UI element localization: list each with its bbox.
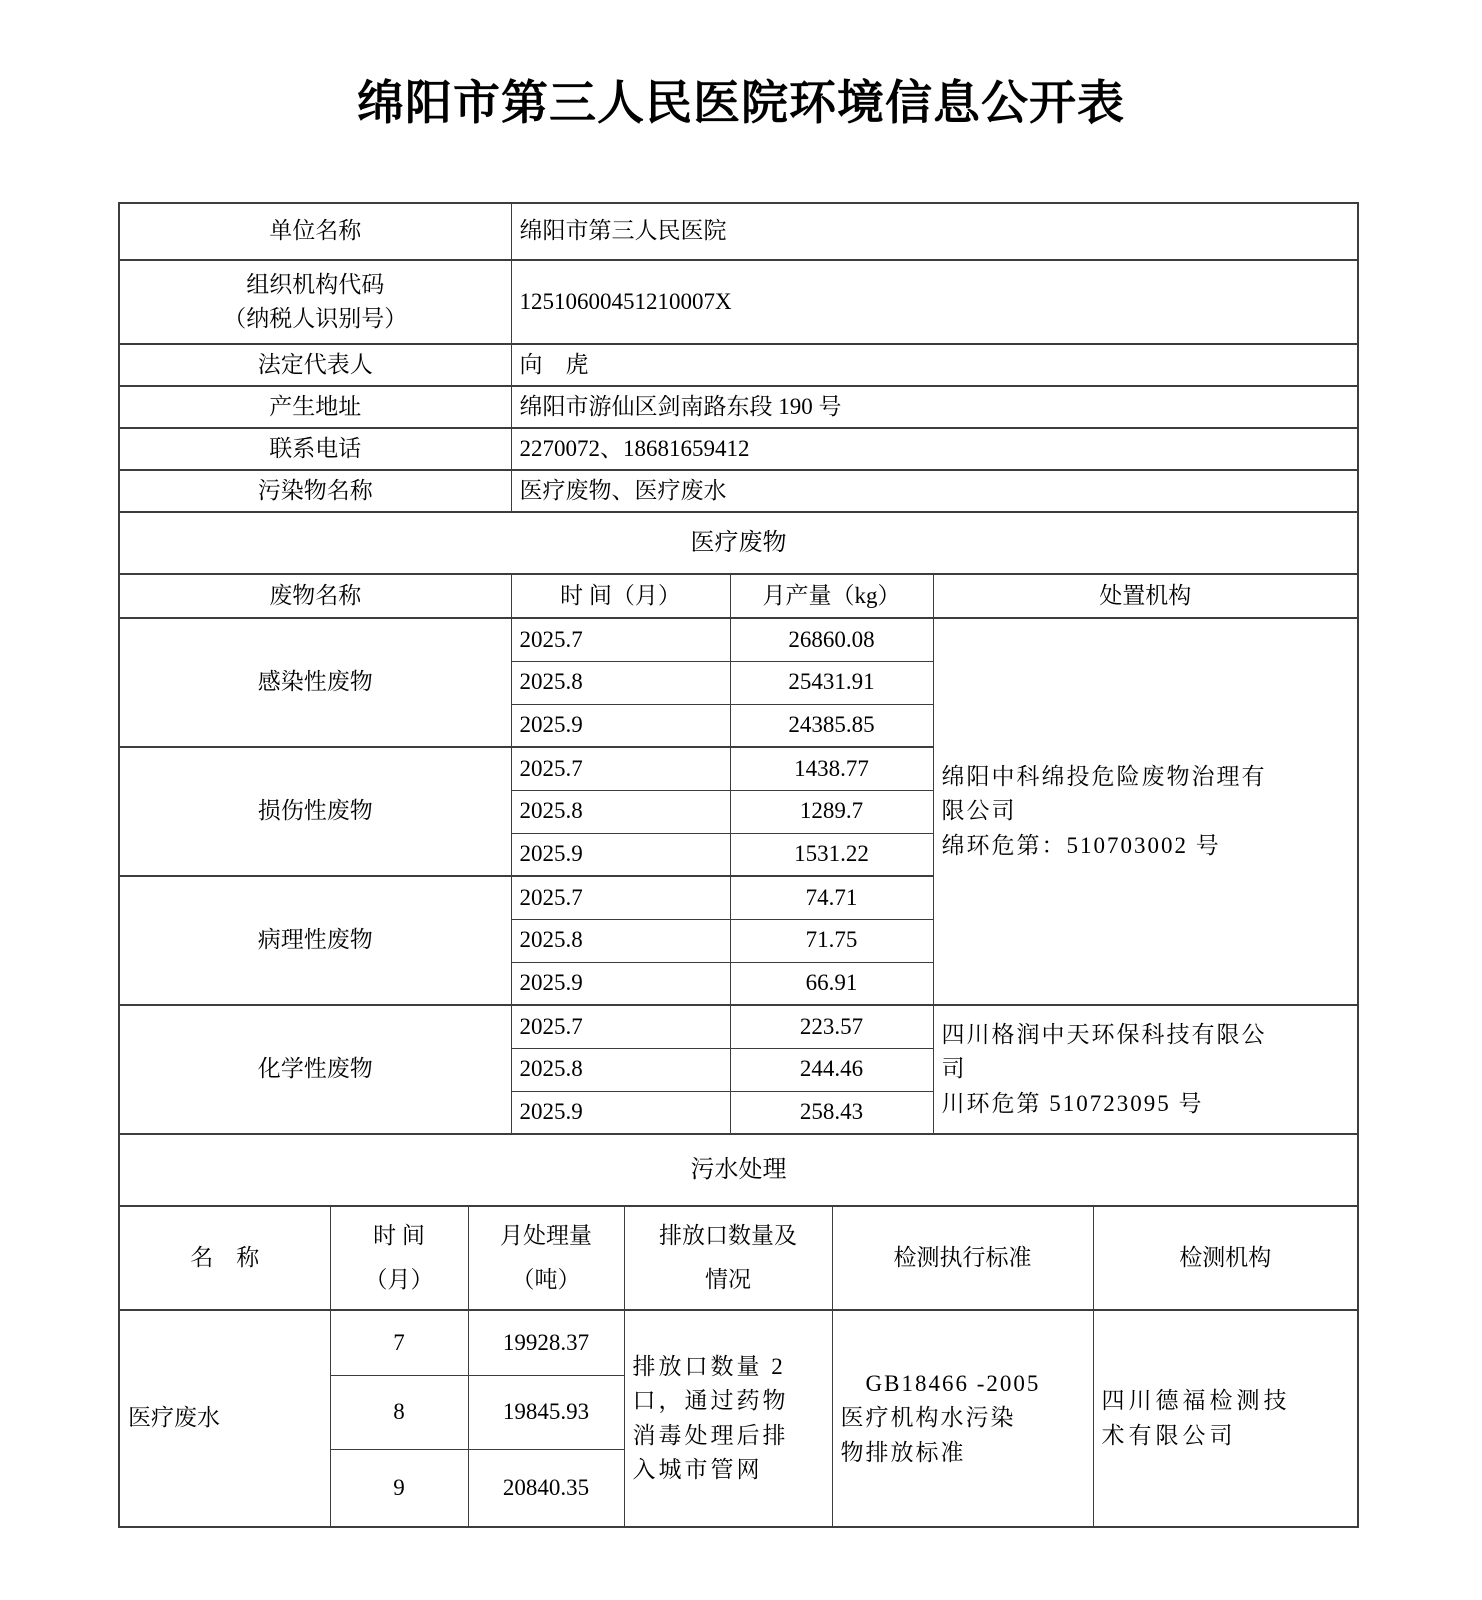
table-row-address: 产生地址 绵阳市游仙区剑南路东段 190 号 [119, 386, 1358, 428]
section-medical-waste: 医疗废物 [119, 512, 1358, 574]
waste-amount-cell: 223.57 [730, 1005, 933, 1048]
waste-amount-cell: 26860.08 [730, 618, 933, 661]
medical-waste-header-row: 废物名称 时 间（月） 月产量（kg） 处置机构 [119, 574, 1358, 618]
table-row-legal-rep: 法定代表人 向 虎 [119, 344, 1358, 386]
info-label-legal-rep: 法定代表人 [119, 344, 511, 386]
test-standard-cell: GB18466 -2005 医疗机构水污染 物排放标准 [832, 1310, 1093, 1527]
header-test-agency: 检测机构 [1093, 1206, 1358, 1310]
page-title: 绵阳市第三人民医院环境信息公开表 [0, 66, 1482, 133]
waste-amount-cell: 1438.77 [730, 747, 933, 790]
header-sewage-name: 名 称 [119, 1206, 330, 1310]
header-outlet-info: 排放口数量及 情况 [624, 1206, 832, 1310]
header-test-standard: 检测执行标准 [832, 1206, 1093, 1310]
info-value-legal-rep: 向 虎 [511, 344, 1358, 386]
section-title-sewage: 污水处理 [119, 1134, 1358, 1206]
sewage-header-row: 名 称 时 间 （月） 月处理量 （吨） 排放口数量及 情况 检测执行标准 检测… [119, 1206, 1358, 1310]
waste-amount-cell: 66.91 [730, 962, 933, 1005]
waste-month-cell: 2025.7 [511, 747, 730, 790]
waste-name-sharps: 损伤性废物 [119, 747, 511, 876]
header-disposal-org: 处置机构 [933, 574, 1358, 618]
waste-month-cell: 2025.8 [511, 790, 730, 833]
basic-info-table: 单位名称 绵阳市第三人民医院 组织机构代码 （纳税人识别号） 125106004… [118, 202, 1359, 513]
info-label-unit-name: 单位名称 [119, 203, 511, 260]
waste-name-pathological: 病理性废物 [119, 876, 511, 1005]
header-sewage-month: 时 间 （月） [330, 1206, 468, 1310]
sewage-month-cell: 8 [330, 1375, 468, 1449]
waste-month-cell: 2025.9 [511, 833, 730, 876]
info-label-org-code: 组织机构代码 （纳税人识别号） [119, 260, 511, 344]
sewage-month-cell: 7 [330, 1310, 468, 1375]
header-waste-amount: 月产量（kg） [730, 574, 933, 618]
waste-month-cell: 2025.7 [511, 876, 730, 919]
header-sewage-volume: 月处理量 （吨） [468, 1206, 624, 1310]
waste-amount-cell: 258.43 [730, 1091, 933, 1134]
waste-amount-cell: 74.71 [730, 876, 933, 919]
waste-month-cell: 2025.8 [511, 661, 730, 704]
table-row: 化学性废物 2025.7 223.57 四川格润中天环保科技有限公 司 川环危第… [119, 1005, 1358, 1048]
waste-amount-cell: 244.46 [730, 1048, 933, 1091]
sewage-volume-cell: 19845.93 [468, 1375, 624, 1449]
section-sewage: 污水处理 [119, 1134, 1358, 1206]
waste-amount-cell: 25431.91 [730, 661, 933, 704]
table-row: 感染性废物 2025.7 26860.08 绵阳中科绵投危险废物治理有 限公司 … [119, 618, 1358, 661]
table-row-unit-name: 单位名称 绵阳市第三人民医院 [119, 203, 1358, 260]
info-value-address: 绵阳市游仙区剑南路东段 190 号 [511, 386, 1358, 428]
waste-name-chemical: 化学性废物 [119, 1005, 511, 1134]
sewage-volume-cell: 19928.37 [468, 1310, 624, 1375]
waste-amount-cell: 24385.85 [730, 704, 933, 747]
info-value-unit-name: 绵阳市第三人民医院 [511, 203, 1358, 260]
document-page: 绵阳市第三人民医院环境信息公开表 单位名称 绵阳市第三人民医院 组织机构代码 （… [0, 0, 1482, 1600]
info-value-org-code: 12510600451210007X [511, 260, 1358, 344]
header-waste-month: 时 间（月） [511, 574, 730, 618]
section-title-medical-waste: 医疗废物 [119, 512, 1358, 574]
table-row-org-code: 组织机构代码 （纳税人识别号） 12510600451210007X [119, 260, 1358, 344]
info-label-pollutant: 污染物名称 [119, 470, 511, 512]
info-label-phone: 联系电话 [119, 428, 511, 470]
info-value-phone: 2270072、18681659412 [511, 428, 1358, 470]
table-row-phone: 联系电话 2270072、18681659412 [119, 428, 1358, 470]
waste-month-cell: 2025.7 [511, 1005, 730, 1048]
info-value-pollutant: 医疗废物、医疗废水 [511, 470, 1358, 512]
outlet-info-cell: 排放口数量 2 口，通过药物 消毒处理后排 入城市管网 [624, 1310, 832, 1527]
waste-amount-cell: 1289.7 [730, 790, 933, 833]
waste-month-cell: 2025.9 [511, 704, 730, 747]
medical-waste-table: 医疗废物 废物名称 时 间（月） 月产量（kg） 处置机构 感染性废物 2025… [118, 511, 1359, 1135]
waste-month-cell: 2025.9 [511, 1091, 730, 1134]
disposal-org-1: 绵阳中科绵投危险废物治理有 限公司 绵环危第：510703002 号 [933, 618, 1358, 1005]
table-row-pollutant: 污染物名称 医疗废物、医疗废水 [119, 470, 1358, 512]
test-agency-cell: 四川德福检测技 术有限公司 [1093, 1310, 1358, 1527]
table-row: 医疗废水 7 19928.37 排放口数量 2 口，通过药物 消毒处理后排 入城… [119, 1310, 1358, 1375]
waste-month-cell: 2025.8 [511, 1048, 730, 1091]
document-tables: 单位名称 绵阳市第三人民医院 组织机构代码 （纳税人识别号） 125106004… [118, 202, 1357, 1528]
header-waste-name: 废物名称 [119, 574, 511, 618]
waste-month-cell: 2025.7 [511, 618, 730, 661]
sewage-treatment-table: 污水处理 名 称 时 间 （月） 月处理量 （吨） 排放口数量及 情况 检测执行… [118, 1133, 1359, 1528]
info-label-address: 产生地址 [119, 386, 511, 428]
sewage-month-cell: 9 [330, 1449, 468, 1527]
disposal-org-2: 四川格润中天环保科技有限公 司 川环危第 510723095 号 [933, 1005, 1358, 1134]
waste-name-infectious: 感染性废物 [119, 618, 511, 747]
waste-month-cell: 2025.9 [511, 962, 730, 1005]
sewage-name: 医疗废水 [119, 1310, 330, 1527]
waste-amount-cell: 1531.22 [730, 833, 933, 876]
waste-month-cell: 2025.8 [511, 919, 730, 962]
waste-amount-cell: 71.75 [730, 919, 933, 962]
sewage-volume-cell: 20840.35 [468, 1449, 624, 1527]
